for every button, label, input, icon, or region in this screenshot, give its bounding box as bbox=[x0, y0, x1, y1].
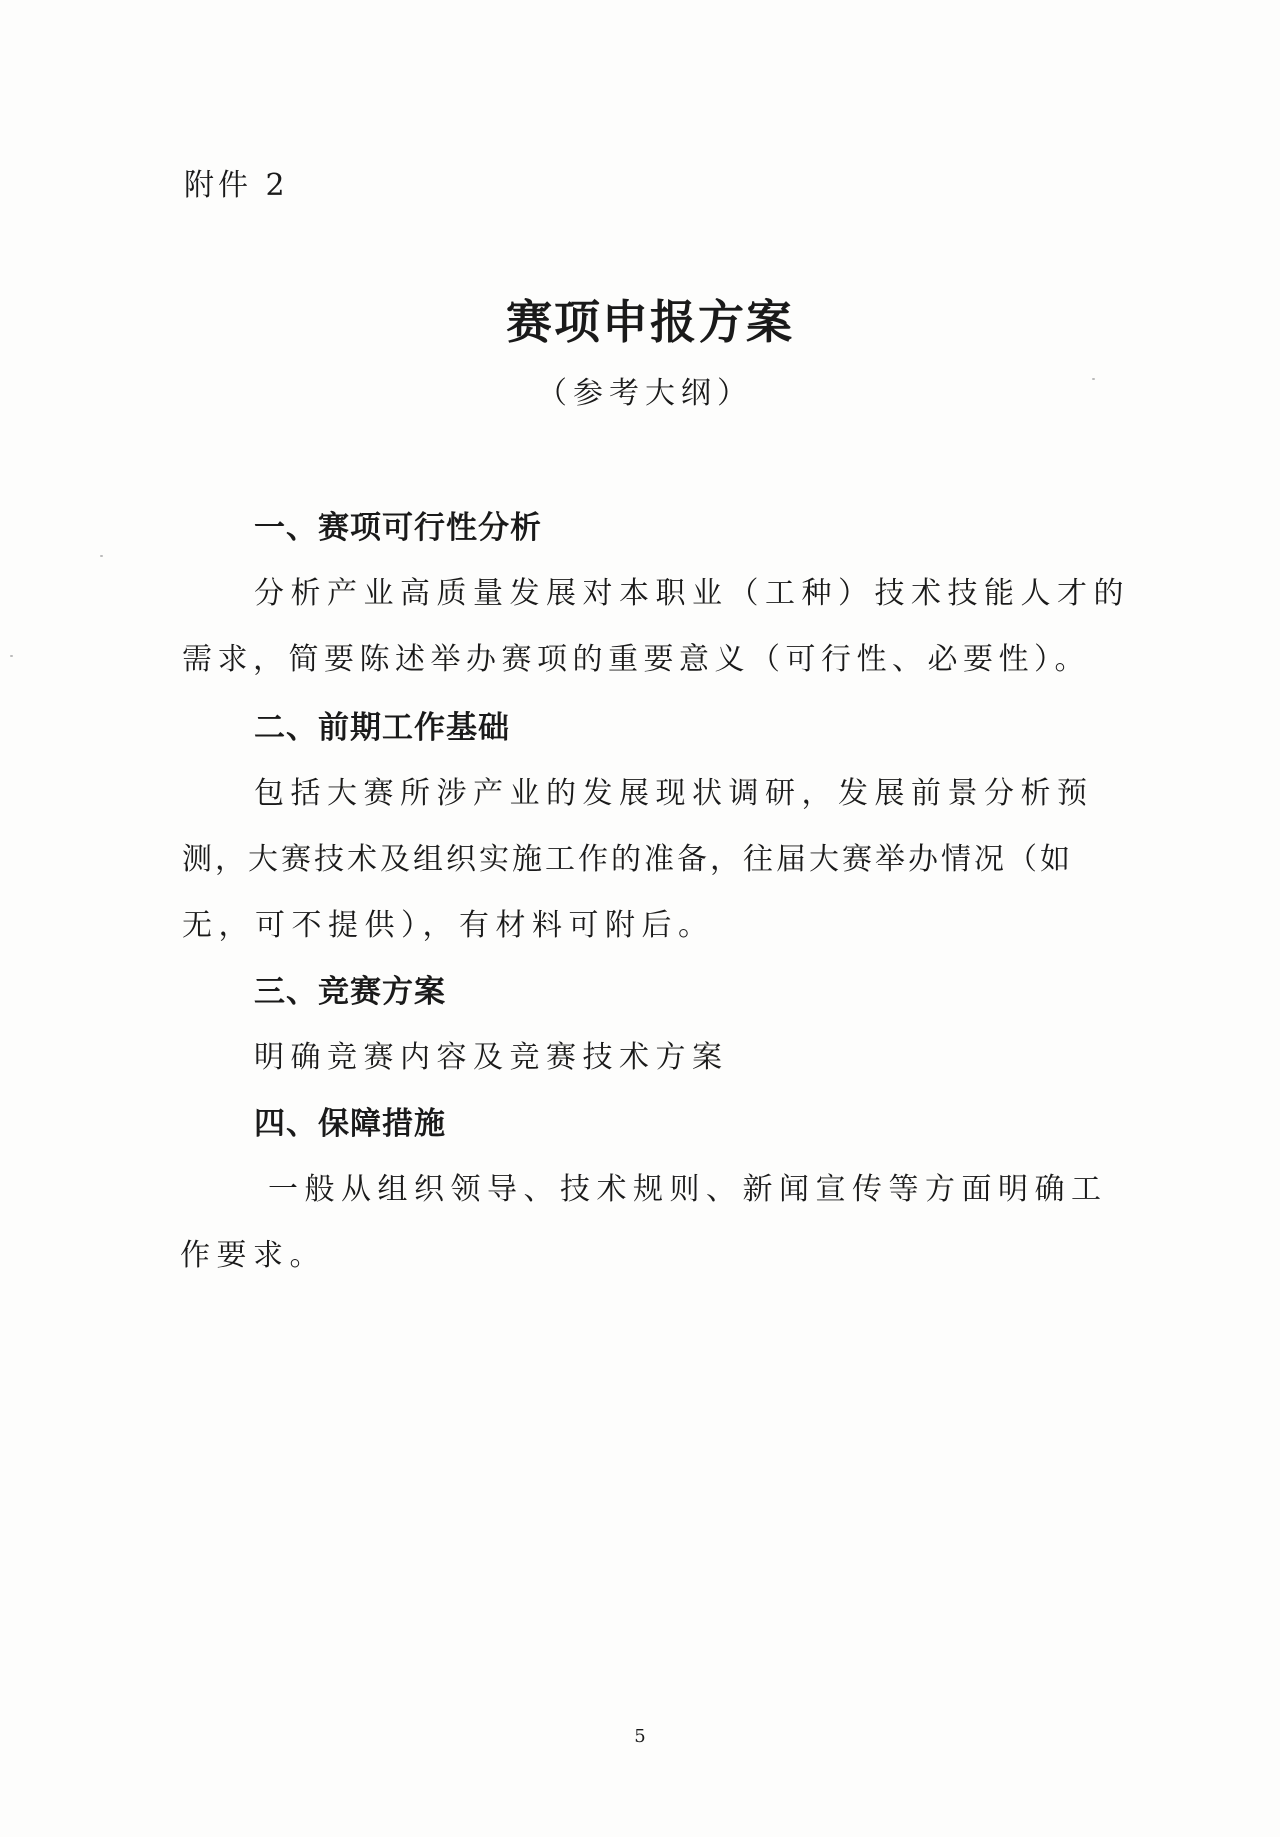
section-heading-2: 二、前期工作基础 bbox=[254, 702, 510, 747]
scan-speck bbox=[100, 555, 103, 557]
section-heading-1: 一、赛项可行性分析 bbox=[254, 502, 542, 547]
page-number: 5 bbox=[0, 1726, 1280, 1747]
section-3-line-1: 明确竞赛内容及竞赛技术方案 bbox=[254, 1032, 729, 1076]
section-heading-3: 三、竞赛方案 bbox=[254, 966, 446, 1011]
section-2-line-2: 测，大赛技术及组织实施工作的准备，往届大赛举办情况（如 bbox=[182, 834, 1073, 878]
scan-speck bbox=[1092, 378, 1095, 380]
document-subtitle: （参考大纲） bbox=[0, 368, 1280, 412]
section-2-line-3: 无，可不提供），有材料可附后。 bbox=[182, 900, 715, 944]
section-2-line-1: 包括大赛所涉产业的发展现状调研，发展前景分析预 bbox=[254, 768, 1094, 812]
section-4-line-2: 作要求。 bbox=[180, 1230, 326, 1274]
section-4-line-1: 一般从组织领导、技术规则、新闻宣传等方面明确工 bbox=[268, 1164, 1108, 1208]
section-heading-4: 四、保障措施 bbox=[254, 1098, 446, 1143]
section-1-line-1: 分析产业高质量发展对本职业（工种）技术技能人才的 bbox=[254, 568, 1130, 612]
scan-speck bbox=[10, 655, 13, 657]
document-title: 赛项申报方案 bbox=[0, 286, 1280, 352]
section-1-line-2: 需求，简要陈述举办赛项的重要意义（可行性、必要性）。 bbox=[182, 634, 1090, 678]
document-page: 附件 2 赛项申报方案 （参考大纲） 一、赛项可行性分析 分析产业高质量发展对本… bbox=[0, 0, 1280, 1837]
attachment-label: 附件 2 bbox=[184, 160, 289, 204]
